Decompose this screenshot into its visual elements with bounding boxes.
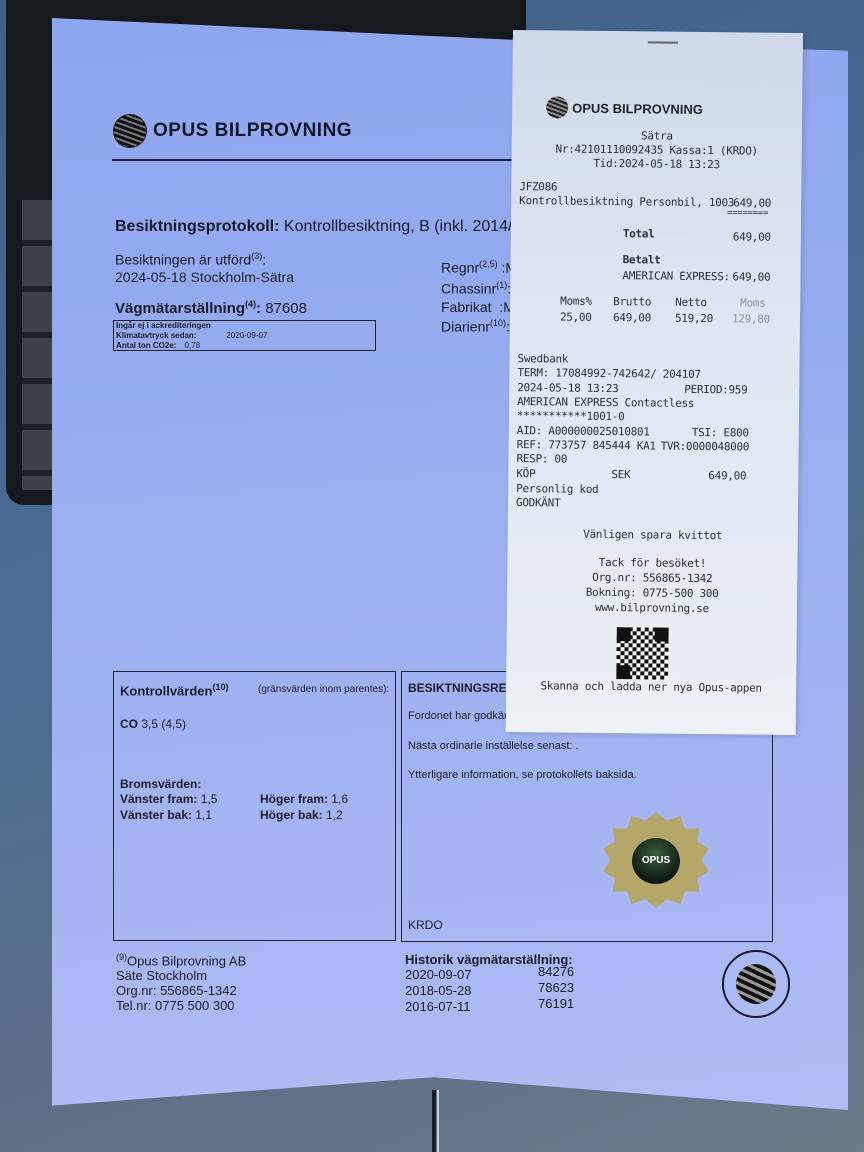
vat-value: 129,80 <box>732 312 770 325</box>
field-diarienr: Diarienr(10):C <box>441 318 520 335</box>
header-divider <box>112 159 532 161</box>
receipt-approved: GODKÄNT <box>516 496 560 509</box>
protocol-title: Besiktningsprotokoll: Kontrollbesiktning… <box>115 218 512 236</box>
receipt-paid-value: 649,00 <box>732 270 770 283</box>
receipt-time: Tid:2024-05-18 13:23 <box>512 156 802 172</box>
receipt-logo: OPUS BILPROVNING <box>546 96 703 120</box>
receipt-aid: AID: A000000025010801 <box>517 424 650 438</box>
history-row-value: 84276 <box>538 964 574 979</box>
vat-header: Moms <box>740 296 765 309</box>
history-row-value: 78623 <box>538 980 574 995</box>
receipt-card-type: AMERICAN EXPRESS Contactless <box>517 395 694 410</box>
co-value: CO 3,5 (4,5) <box>120 717 186 731</box>
control-values-title: Kontrollvärden(10) <box>120 682 228 698</box>
performed-value: 2024-05-18 Stockholm-Sätra <box>115 269 294 285</box>
brake-rear-left: Vänster bak: 1,1 <box>120 808 212 822</box>
receipt-app-note: Skanna och ladda ner nya Opus-appen <box>506 679 796 695</box>
receipt-currency: SEK <box>611 468 630 481</box>
car-panel-seam <box>432 1090 436 1152</box>
brake-rear-right: Höger bak: 1,2 <box>260 808 343 822</box>
globe-icon <box>546 96 568 118</box>
vat-header: Netto <box>675 296 707 309</box>
receipt-paid-label: Betalt <box>623 253 661 266</box>
receipt-total-value: 649,00 <box>733 230 771 243</box>
receipt-purchase-value: 649,00 <box>708 469 746 482</box>
receipt-separator: ======== <box>727 208 768 218</box>
opus-logo: OPUS BILPROVNING <box>113 114 352 148</box>
payment-receipt: OPUS BILPROVNING Sätra Nr:42101110092435… <box>506 30 803 735</box>
globe-icon <box>736 964 776 1004</box>
receipt-plate: JFZ086 <box>519 180 557 193</box>
receipt-booking: Bokning: 0775-500 300 <box>507 585 797 601</box>
brake-values-title: Bromsvärden: <box>120 777 201 791</box>
receipt-resp: RESP: 00 <box>516 452 567 466</box>
receipt-tsi: TSI: E800 <box>692 426 749 440</box>
car-panel-seam-highlight <box>437 1090 439 1152</box>
vat-value: 649,00 <box>613 311 651 324</box>
vat-header: Brutto <box>613 295 651 308</box>
receipt-ref: REF: 773757 845444 KA1 <box>517 438 656 452</box>
receipt-period: PERIOD:959 <box>684 383 747 397</box>
receipt-card-number: ***********1001-0 <box>517 409 625 423</box>
qr-code[interactable] <box>614 625 671 682</box>
field-regnr: Regnr(2,5) :M <box>441 259 517 276</box>
receipt-datetime: 2024-05-18 13:23 <box>517 381 618 395</box>
receipt-total-label: Total <box>623 227 655 240</box>
receipt-term: TERM: 17084992-742642/ 204107 <box>517 366 700 381</box>
vat-value: 519,20 <box>675 312 713 325</box>
performed-label: Besiktningen är utförd(3): <box>115 251 266 268</box>
seal-opus-logo: OPUS <box>632 838 680 884</box>
receipt-purchase-label: KÖP <box>516 467 535 480</box>
control-values-box <box>113 671 396 941</box>
brand-name: OPUS BILPROVNING <box>153 120 352 142</box>
receipt-item: Kontrollbesiktning Personbil, 1003 <box>519 194 734 209</box>
vat-header: Moms% <box>560 295 592 308</box>
receipt-org: Org.nr: 556865-1342 <box>507 570 797 586</box>
receipt-save-note: Vänligen spara kvittot <box>508 527 798 543</box>
brake-front-right: Höger fram: 1,6 <box>260 792 348 806</box>
receipt-verification: Personlig kod <box>516 482 598 496</box>
staple <box>648 41 678 43</box>
receipt-website[interactable]: www.bilprovning.se <box>507 600 797 616</box>
field-chassinr: Chassinr(1):C <box>441 280 521 297</box>
inspector-code: KRDO <box>408 918 443 932</box>
vat-value: 25,00 <box>560 311 592 324</box>
globe-icon <box>113 114 147 148</box>
company-info: (9)Opus Bilprovning AB Säte Stockholm Or… <box>116 950 246 1013</box>
brake-front-left: Vänster fram: 1,5 <box>120 792 217 806</box>
receipt-bank: Swedbank <box>517 352 568 366</box>
history-row-date: 2018-05-28 <box>405 983 472 998</box>
history-row-date: 2020-09-07 <box>405 967 472 982</box>
history-row-value: 76191 <box>538 996 574 1011</box>
receipt-paid-method: AMERICAN EXPRESS: <box>622 269 730 283</box>
result-approved: Fordonet har godkär <box>408 710 508 722</box>
climate-footprint-box: Ingår ej i ackrediteringen Klimatavtryck… <box>113 320 376 351</box>
history-row-date: 2016-07-11 <box>405 999 471 1014</box>
receipt-thanks: Tack för besöket! <box>507 555 797 571</box>
receipt-tvr: TVR:0000048000 <box>661 440 750 454</box>
field-fabrikat: Fabrikat :M <box>441 299 515 315</box>
result-title: BESIKTNINGSRES <box>408 681 515 695</box>
control-values-note: (gränsvärden inom parentes): <box>258 684 389 695</box>
odometer: Vägmätarställning(4): 87608 <box>115 299 307 317</box>
climate-compensation-badge <box>722 950 790 1018</box>
result-more-info: Ytterligare information, se protokollets… <box>408 769 637 781</box>
result-next-inspection: Nästa ordinarie inställelse senast: . <box>408 740 579 752</box>
